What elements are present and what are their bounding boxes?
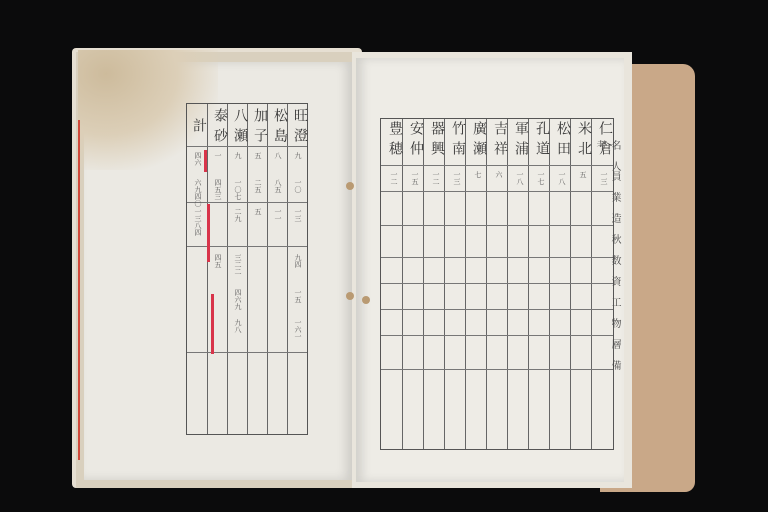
header-col: 廣瀬 xyxy=(469,121,489,161)
right-ledger-table: 仁倉 米北 松田 孔道 軍浦 吉祥 廣瀬 竹南 器興 安仲 豊穂 一三 五 一八… xyxy=(380,118,614,450)
header-col: 旺澄 xyxy=(290,108,310,148)
side-note: 名 人員 業 造 秋 数 資 工 物 層 備 考 xyxy=(592,140,622,370)
binding-hole xyxy=(362,296,370,304)
header-col: 泰砂 xyxy=(210,108,230,148)
binding-hole xyxy=(346,292,354,300)
red-mark xyxy=(211,294,214,354)
red-mark xyxy=(204,150,207,172)
left-ledger-table: 旺澄 松島 加子 八瀬 泰砂 計 九 八 五 九 一 四六 一〇 八五 二五 一… xyxy=(186,103,308,435)
binding-hole xyxy=(346,182,354,190)
header-col: 八瀬 xyxy=(230,108,250,148)
header-col: 松島 xyxy=(270,108,290,148)
header-col: 加子 xyxy=(250,108,270,148)
header-col: 豊穂 xyxy=(385,121,405,161)
header-col: 安仲 xyxy=(406,121,426,161)
header-col: 竹南 xyxy=(448,121,468,161)
header-total: 計 xyxy=(189,118,209,138)
red-mark xyxy=(207,204,210,262)
header-col: 孔道 xyxy=(532,121,552,161)
header-col: 松田 xyxy=(553,121,573,161)
red-edge-mark xyxy=(78,120,88,460)
header-col: 軍浦 xyxy=(511,121,531,161)
header-col: 器興 xyxy=(427,121,447,161)
header-col: 吉祥 xyxy=(490,121,510,161)
header-col: 米北 xyxy=(574,121,594,161)
